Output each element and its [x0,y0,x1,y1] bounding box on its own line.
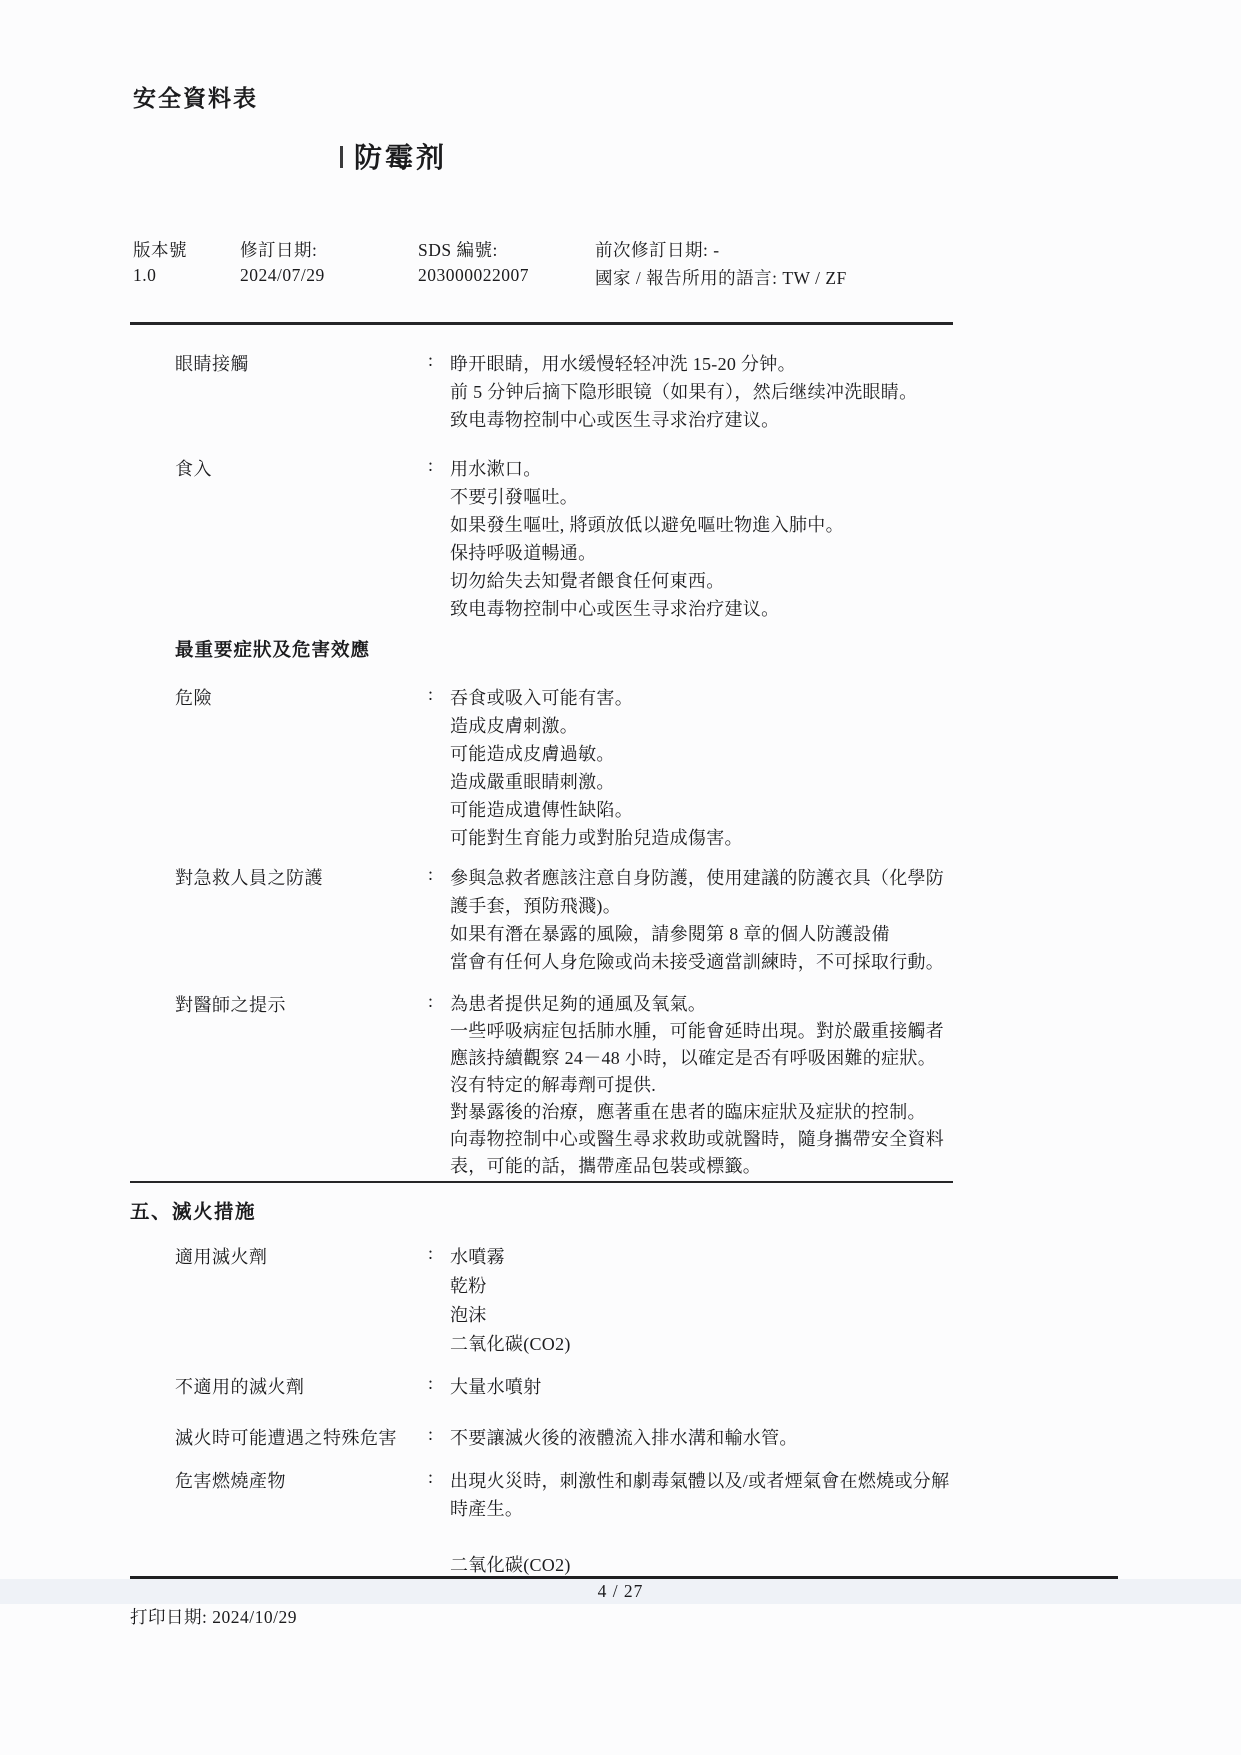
field-value: 水噴霧 乾粉 泡沫 二氧化碳(CO2) [450,1243,975,1359]
value-line: 沒有特定的解毒劑可提供. [450,1072,975,1099]
header-divider [130,322,953,325]
value-line: 時產生。 [450,1495,975,1523]
document-title: 安全資料表 [133,80,258,113]
meta-sds-number-value: 203000022007 [418,265,529,286]
field-value: 睁开眼睛，用水缓慢轻轻冲洗 15-20 分钟。 前 5 分钟后摘下隐形眼镜（如果… [450,350,975,434]
value-line: 出現火災時，刺激性和劇毒氣體以及/或者煙氣會在燃燒或分解 [450,1467,975,1495]
print-date: 打印日期: 2024/10/29 [130,1604,297,1629]
field-label: 危害燃燒產物 [175,1467,286,1493]
value-line: 造成嚴重眼睛刺激。 [450,768,975,796]
value-line: 護手套，預防飛濺)。 [450,892,975,920]
value-line: 對暴露後的治療，應著重在患者的臨床症狀及症狀的控制。 [450,1099,975,1126]
colon-separator: : [428,1424,433,1445]
value-line [450,1523,975,1551]
field-value: 大量水噴射 [450,1373,975,1401]
colon-separator: : [428,1467,433,1488]
field-value: 出現火災時，刺激性和劇毒氣體以及/或者煙氣會在燃燒或分解 時產生。 二氧化碳(C… [450,1467,975,1579]
value-line: 睁开眼睛，用水缓慢轻轻冲洗 15-20 分钟。 [450,350,975,378]
meta-revision-date-value: 2024/07/29 [240,265,325,286]
value-line: 可能造成皮膚過敏。 [450,740,975,768]
field-label: 眼睛接觸 [175,350,249,376]
section-divider [130,1181,953,1183]
value-line: 可能對生育能力或對胎兒造成傷害。 [450,824,975,852]
value-line: 不要引發嘔吐。 [450,483,975,511]
value-line: 為患者提供足夠的通風及氧氣。 [450,991,975,1018]
colon-separator: : [428,1243,433,1264]
value-line: 造成皮膚刺激。 [450,712,975,740]
colon-separator: : [428,684,433,705]
field-label: 滅火時可能遭遇之特殊危害 [175,1424,397,1450]
value-line: 參與急救者應該注意自身防護，使用建議的防護衣具（化學防 [450,864,975,892]
value-line: 致电毒物控制中心或医生寻求治疗建议。 [450,595,975,623]
value-line: 致电毒物控制中心或医生寻求治疗建议。 [450,406,975,434]
heading-section-5-firefighting: 五、滅火措施 [130,1196,256,1224]
colon-separator: : [428,1373,433,1394]
meta-version-label: 版本號 [133,237,187,262]
value-line: 二氧化碳(CO2) [450,1330,975,1359]
colon-separator: : [428,455,433,476]
meta-country-language-value: 國家 / 報告所用的語言: TW / ZF [595,265,847,290]
value-line: 表，可能的話，攜帶產品包裝或標籤。 [450,1153,975,1180]
field-label: 對急救人員之防護 [175,864,323,890]
field-value: 參與急救者應該注意自身防護，使用建議的防護衣具（化學防 護手套，預防飛濺)。 如… [450,864,975,976]
meta-previous-revision-label: 前次修訂日期: - [595,237,720,262]
value-line: 大量水噴射 [450,1373,975,1401]
value-line: 保持呼吸道暢通。 [450,539,975,567]
value-line: 可能造成遺傳性缺陷。 [450,796,975,824]
field-label: 危險 [175,684,212,710]
field-label: 對醫師之提示 [175,991,286,1017]
colon-separator: : [428,864,433,885]
field-value: 為患者提供足夠的通風及氧氣。 一些呼吸病症包括肺水腫，可能會延時出現。對於嚴重接… [450,991,975,1180]
value-line: 向毒物控制中心或醫生尋求救助或就醫時，隨身攜帶安全資料 [450,1126,975,1153]
colon-separator: : [428,991,433,1012]
colon-separator: : [428,350,433,371]
value-line: 乾粉 [450,1272,975,1301]
meta-revision-date-label: 修訂日期: [240,237,317,262]
value-line: 吞食或吸入可能有害。 [450,684,975,712]
value-line: 泡沫 [450,1301,975,1330]
meta-sds-number-label: SDS 編號: [418,237,498,262]
product-name: 防霉剂 [354,136,447,176]
field-label: 不適用的滅火劑 [175,1373,305,1399]
value-line: 切勿給失去知覺者餵食任何東西。 [450,567,975,595]
scan-mark [340,146,343,168]
value-line: 如果發生嘔吐, 將頭放低以避免嘔吐物進入肺中。 [450,511,975,539]
value-line: 不要讓滅火後的液體流入排水溝和輸水管。 [450,1424,975,1452]
page-number: 4 / 27 [0,1581,1241,1602]
value-line: 一些呼吸病症包括肺水腫，可能會延時出現。對於嚴重接觸者 [450,1018,975,1045]
value-line: 當會有任何人身危險或尚未接受適當訓練時，不可採取行動。 [450,948,975,976]
value-line: 應該持續觀察 24－48 小時，以確定是否有呼吸困難的症狀。 [450,1045,975,1072]
value-line: 水噴霧 [450,1243,975,1272]
meta-version-value: 1.0 [133,265,156,286]
heading-important-symptoms: 最重要症狀及危害效應 [175,636,370,662]
field-value: 吞食或吸入可能有害。 造成皮膚刺激。 可能造成皮膚過敏。 造成嚴重眼睛刺激。 可… [450,684,975,852]
field-value: 用水漱口。 不要引發嘔吐。 如果發生嘔吐, 將頭放低以避免嘔吐物進入肺中。 保持… [450,455,975,623]
value-line: 二氧化碳(CO2) [450,1551,975,1579]
field-value: 不要讓滅火後的液體流入排水溝和輸水管。 [450,1424,975,1452]
field-label: 食入 [175,455,212,481]
value-line: 前 5 分钟后摘下隐形眼镜（如果有），然后继续冲洗眼睛。 [450,378,975,406]
sds-document-page: 安全資料表 防霉剂 版本號 1.0 修訂日期: 2024/07/29 SDS 編… [0,0,1241,1755]
value-line: 如果有潛在暴露的風險，請參閱第 8 章的個人防護設備 [450,920,975,948]
value-line: 用水漱口。 [450,455,975,483]
field-label: 適用滅火劑 [175,1243,268,1269]
